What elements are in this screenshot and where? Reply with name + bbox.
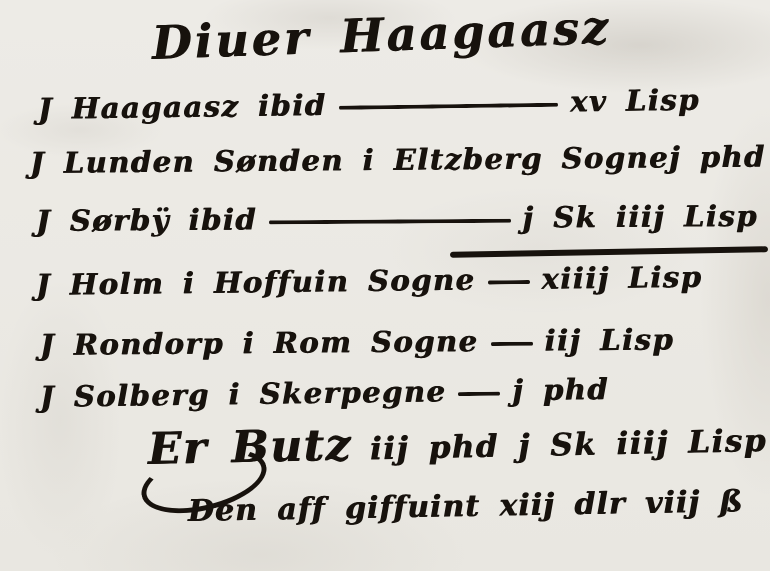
ledger-entry: J Holm i Hoffuin Sogne xiiij Lisp	[36, 260, 706, 302]
entry-amount: xiiij Lisp	[541, 260, 702, 296]
ledger-entry: J Sørbÿ ibid j Sk iiij Lisp	[36, 199, 758, 238]
entry-amount: j Sk iiij Lisp	[522, 199, 758, 235]
page-title: Diuer Haagaasz	[151, 0, 612, 70]
entry-amount: iij Lisp	[544, 322, 674, 357]
entry-text: J Holm i Hoffuin Sogne	[36, 263, 476, 302]
entry-text: J Solberg i Skerpegne	[40, 374, 447, 414]
ledger-entry: J Lunden Sønden i Eltzberg Sogne j phd	[30, 140, 730, 180]
ledger-entry: J Haagaasz ibid xv Lisp	[38, 83, 700, 126]
entry-text: J Rondorp i Rom Sogne	[40, 324, 479, 362]
ledger-entry: J Solberg i Skerpegne j phd	[40, 371, 704, 414]
sum-line: Er Butz iij phd j Sk iiij Lisp	[147, 411, 767, 475]
entry-text: J Lunden Sønden i Eltzberg Sogne	[30, 140, 669, 180]
sum-prefix: Er Butz	[147, 420, 352, 475]
dash-leader-rule	[339, 103, 559, 110]
sum-amount: iij phd j Sk iiij Lisp	[370, 423, 768, 467]
dash-leader-rule	[269, 219, 510, 225]
heavy-underline-stroke	[450, 246, 768, 258]
entry-text: J Haagaasz ibid	[38, 88, 327, 126]
manuscript-page: Diuer Haagaasz J Haagaasz ibid xv Lisp J…	[0, 0, 770, 571]
entry-amount: xv Lisp	[570, 83, 700, 119]
short-dash-stroke	[488, 280, 530, 285]
footer-line: Den aff giffuint xiij dlr viij ß	[188, 484, 744, 529]
entry-amount: j phd	[669, 140, 766, 175]
entry-text: J Sørbÿ ibid	[36, 202, 257, 238]
ledger-entry: J Rondorp i Rom Sogne iij Lisp	[40, 322, 696, 362]
entry-amount: j phd	[512, 372, 609, 407]
short-dash-stroke	[491, 342, 533, 346]
short-dash-stroke	[458, 392, 500, 397]
